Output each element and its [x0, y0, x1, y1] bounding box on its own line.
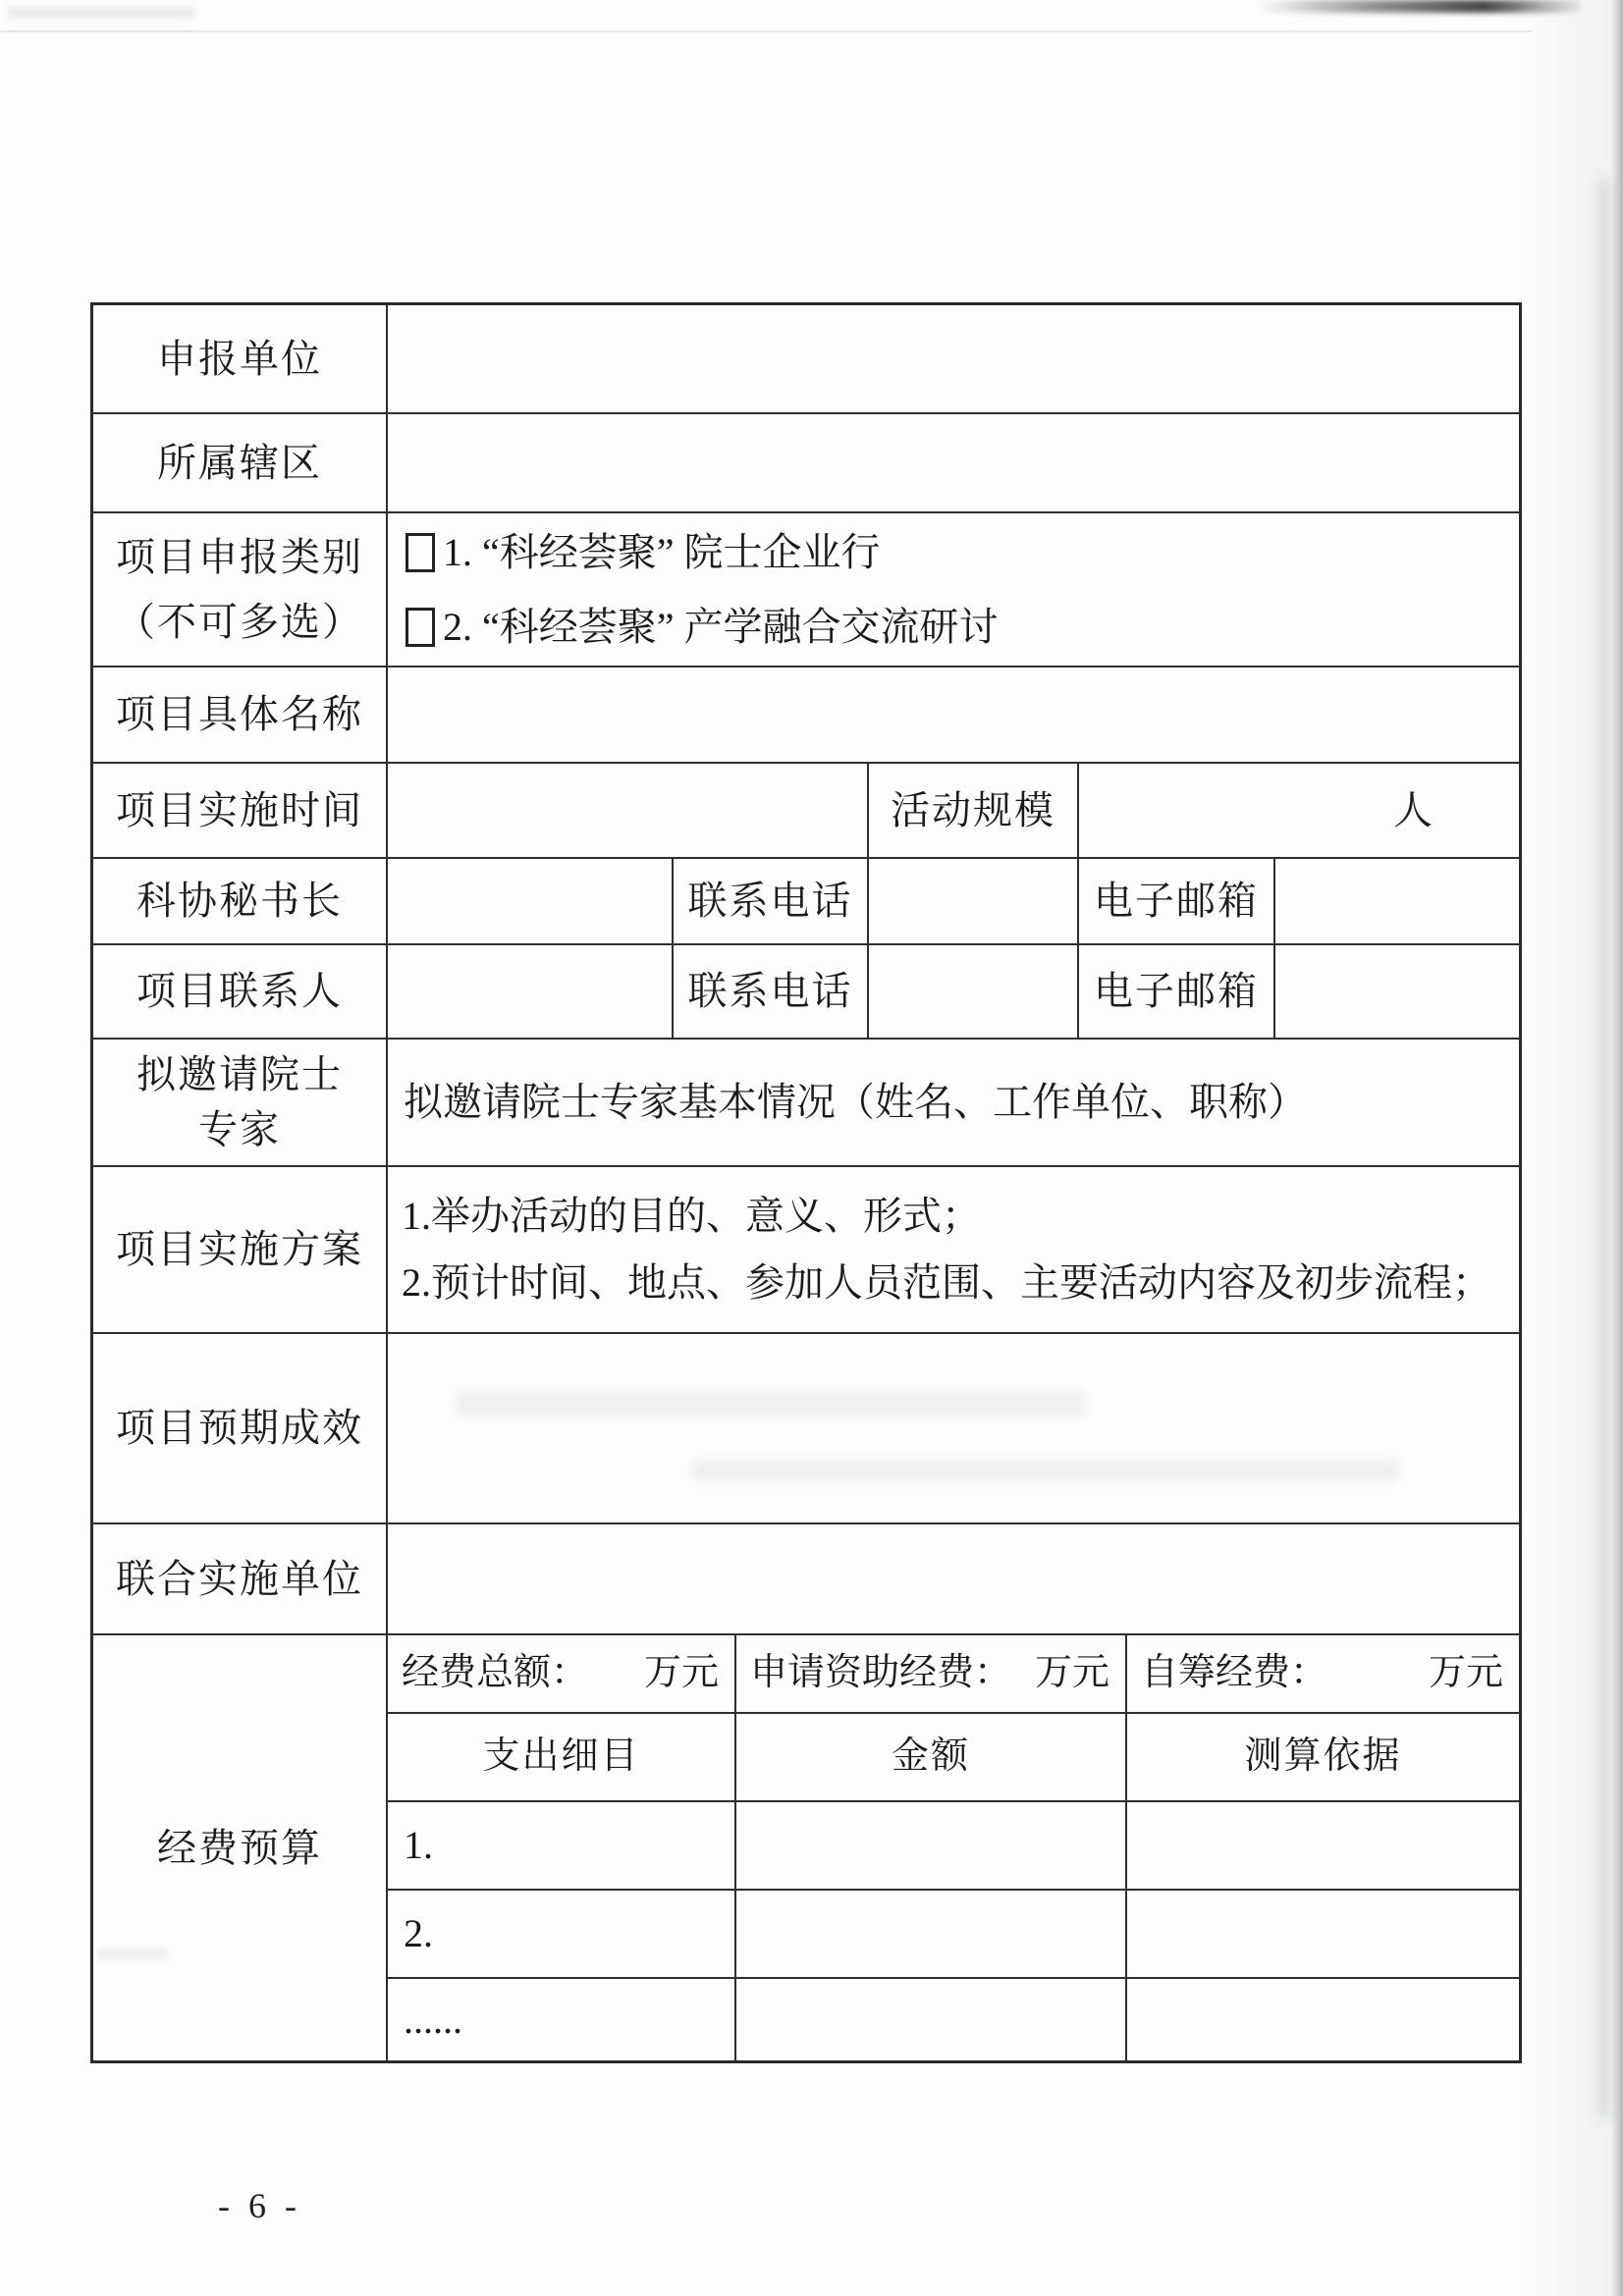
field-secretary-email	[1275, 859, 1519, 945]
budget-self-unit: 万元	[1429, 1650, 1503, 1697]
field-activity-scale-value: 人	[1079, 764, 1519, 859]
label-secretary: 科协秘书长	[93, 859, 388, 945]
label-activity-scale: 活动规模	[869, 764, 1079, 859]
label-declare-unit: 申报单位	[93, 305, 388, 414]
field-project-name-value	[388, 667, 1519, 764]
plan-line-1: 1.举办活动的目的、意义、形式；	[402, 1183, 981, 1250]
checkbox-icon	[406, 533, 435, 572]
category-option-1-text: 1. “科经荟聚” 院士企业行	[443, 528, 881, 577]
label-invited-experts-line2: 专家	[198, 1102, 281, 1157]
field-expected-outcome-value	[388, 1334, 1519, 1524]
budget-header-basis: 测算依据	[1127, 1714, 1519, 1802]
category-option-1: 1. “科经荟聚” 院士企业行	[406, 528, 881, 577]
label-category-line1: 项目申报类别	[116, 525, 363, 590]
checkbox-icon	[406, 608, 435, 647]
field-contact-email	[1275, 945, 1519, 1040]
field-district-value	[388, 414, 1519, 513]
label-contact-phone: 联系电话	[674, 945, 869, 1040]
label-contact: 项目联系人	[93, 945, 388, 1040]
budget-total-cell: 经费总额： 万元	[388, 1635, 736, 1714]
field-impl-time-value	[388, 764, 869, 859]
label-implementation-plan: 项目实施方案	[93, 1167, 388, 1334]
category-option-2: 2. “科经荟聚” 产学融合交流研讨	[406, 603, 999, 652]
label-invited-experts-line1: 拟邀请院士	[136, 1047, 343, 1102]
field-contact-phone	[869, 945, 1079, 1040]
label-joint-unit: 联合实施单位	[93, 1524, 388, 1635]
field-invited-experts-content: 拟邀请院士专家基本情况（姓名、工作单位、职称）	[388, 1040, 1519, 1167]
label-secretary-phone: 联系电话	[674, 859, 869, 945]
scan-smudge-top-left	[8, 8, 194, 18]
budget-item-2-detail: 2.	[388, 1891, 736, 1979]
label-expected-outcome: 项目预期成效	[93, 1334, 388, 1524]
budget-header-detail: 支出细目	[388, 1714, 736, 1802]
budget-total-label: 经费总额：	[402, 1650, 588, 1697]
label-district: 所属辖区	[93, 414, 388, 513]
field-joint-unit-value	[388, 1524, 1519, 1635]
budget-item-1-detail: 1.	[388, 1802, 736, 1891]
budget-item-1-basis	[1127, 1802, 1519, 1891]
budget-item-2-amount	[736, 1891, 1127, 1979]
budget-item-3-detail: ......	[388, 1979, 736, 2060]
scan-line-artifact	[0, 30, 1532, 32]
category-option-2-text: 2. “科经荟聚” 产学融合交流研讨	[443, 603, 999, 652]
label-invited-experts: 拟邀请院士 专家	[93, 1040, 388, 1167]
label-impl-time: 项目实施时间	[93, 764, 388, 859]
budget-item-2-basis	[1127, 1891, 1519, 1979]
label-project-name: 项目具体名称	[93, 667, 388, 764]
field-declare-unit-value	[388, 305, 1519, 414]
budget-item-3-amount	[736, 1979, 1127, 2060]
field-contact-name	[388, 945, 674, 1040]
budget-header-amount: 金额	[736, 1714, 1127, 1802]
page-edge-shadow	[1611, 0, 1623, 2296]
scanned-form-page: 申报单位 所属辖区 项目申报类别 （不可多选） 1. “科经荟聚” 院士企业行 …	[0, 0, 1623, 2296]
page-number: - 6 -	[218, 2185, 301, 2226]
scan-bleed-ghost	[692, 1460, 1399, 1481]
budget-item-1-amount	[736, 1802, 1127, 1891]
application-form-table: 申报单位 所属辖区 项目申报类别 （不可多选） 1. “科经荟聚” 院士企业行 …	[90, 302, 1522, 2063]
label-budget: 经费预算	[93, 1635, 388, 2060]
budget-apply-unit: 万元	[1035, 1650, 1109, 1697]
field-category-options: 1. “科经荟聚” 院士企业行 2. “科经荟聚” 产学融合交流研讨	[388, 513, 1519, 667]
label-secretary-email: 电子邮箱	[1079, 859, 1275, 945]
plan-line-2: 2.预计时间、地点、参加人员范围、主要活动内容及初步流程；	[402, 1250, 1491, 1316]
field-secretary-name	[388, 859, 674, 945]
budget-item-3-basis	[1127, 1979, 1519, 2060]
field-secretary-phone	[869, 859, 1079, 945]
label-category: 项目申报类别 （不可多选）	[93, 513, 388, 667]
budget-apply-cell: 申请资助经费： 万元	[736, 1635, 1127, 1714]
scan-bleed-ghost	[457, 1391, 1085, 1416]
page-fold-shadow	[1598, 177, 1610, 2120]
label-category-line2: （不可多选）	[116, 590, 363, 655]
budget-total-unit: 万元	[644, 1650, 719, 1697]
budget-apply-label: 申请资助经费：	[750, 1650, 1011, 1697]
budget-self-cell: 自筹经费： 万元	[1127, 1635, 1519, 1714]
budget-self-label: 自筹经费：	[1141, 1650, 1327, 1697]
label-contact-email: 电子邮箱	[1079, 945, 1275, 1040]
field-implementation-plan-content: 1.举办活动的目的、意义、形式； 2.预计时间、地点、参加人员范围、主要活动内容…	[388, 1167, 1519, 1334]
